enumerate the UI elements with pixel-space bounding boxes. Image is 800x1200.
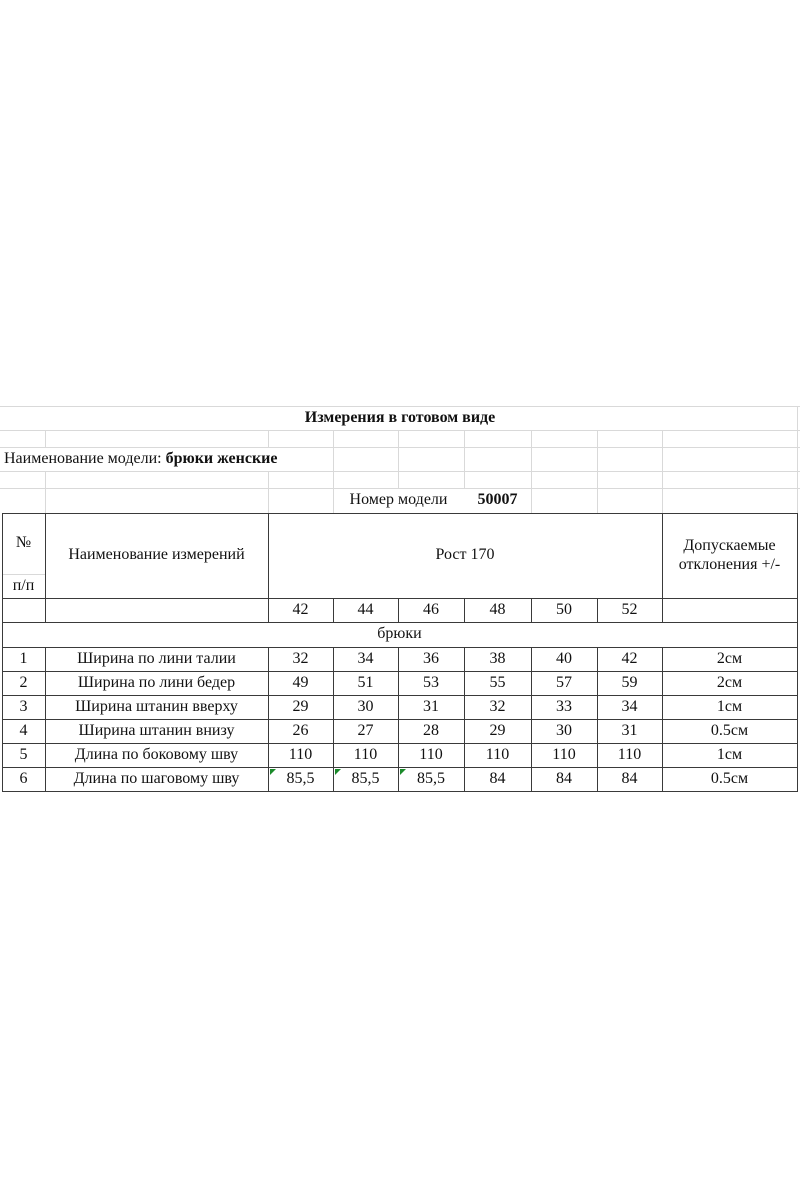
tolerance-value: 0.5см (662, 767, 797, 791)
size-header: 46 (398, 598, 464, 622)
tolerance-value: 1см (662, 743, 797, 767)
error-indicator-icon (335, 769, 341, 775)
measurement-value: 110 (464, 743, 531, 767)
row-number: 4 (2, 719, 45, 743)
measurement-value: 34 (333, 647, 398, 671)
measurement-value: 33 (531, 695, 597, 719)
gridline (531, 430, 532, 513)
measurement-name: Ширина штанин внизу (45, 719, 268, 743)
model-name-label: Наименование модели: (4, 450, 162, 468)
size-header: 42 (268, 598, 333, 622)
measurement-name: Длина по шаговому шву (45, 767, 268, 791)
tolerance-value: 0.5см (662, 719, 797, 743)
measurement-value: 28 (398, 719, 464, 743)
measurement-value: 27 (333, 719, 398, 743)
error-indicator-icon (270, 769, 276, 775)
measurement-value: 30 (333, 695, 398, 719)
gridline (464, 430, 465, 488)
tolerance-value: 2см (662, 671, 797, 695)
measurement-value: 110 (398, 743, 464, 767)
header-number-sub: п/п (2, 574, 45, 598)
measurement-value: 85,5 (333, 767, 398, 791)
measurement-value: 31 (398, 695, 464, 719)
model-name: Наименование модели: брюки женские (0, 447, 404, 471)
gridline (0, 430, 800, 431)
measurement-value: 34 (597, 695, 662, 719)
gridline (268, 430, 269, 447)
model-number-label: Номер модели (333, 488, 464, 513)
model-name-value: брюки женские (166, 450, 278, 468)
row-number: 1 (2, 647, 45, 671)
row-number: 2 (2, 671, 45, 695)
measurement-value: 31 (597, 719, 662, 743)
measurement-name: Ширина по лини бедер (45, 671, 268, 695)
measurement-value: 53 (398, 671, 464, 695)
size-header: 48 (464, 598, 531, 622)
model-number-value: 50007 (464, 488, 531, 513)
measurement-value: 110 (268, 743, 333, 767)
tolerance-value: 2см (662, 647, 797, 671)
measurement-value: 29 (268, 695, 333, 719)
table-border (797, 513, 798, 791)
measurement-value: 55 (464, 671, 531, 695)
measurement-value: 51 (333, 671, 398, 695)
measurement-value: 110 (531, 743, 597, 767)
measurement-value: 84 (464, 767, 531, 791)
row-number: 3 (2, 695, 45, 719)
measurement-value: 38 (464, 647, 531, 671)
measurement-value: 110 (333, 743, 398, 767)
spreadsheet: Измерения в готовом виде Наименование мо… (0, 0, 800, 1200)
row-number: 6 (2, 767, 45, 791)
gridline (0, 471, 800, 472)
measurement-value: 85,5 (398, 767, 464, 791)
measurement-value: 42 (597, 647, 662, 671)
gridline (45, 471, 46, 513)
gridline (597, 430, 598, 513)
measurement-name: Длина по боковому шву (45, 743, 268, 767)
measurement-name: Ширина штанин вверху (45, 695, 268, 719)
size-header: 52 (597, 598, 662, 622)
header-measurement: Наименование измерений (45, 513, 268, 598)
gridline (268, 471, 269, 513)
table-border (2, 791, 798, 792)
measurement-value: 26 (268, 719, 333, 743)
header-number: № (2, 513, 45, 574)
gridline (45, 430, 46, 447)
measurement-value: 40 (531, 647, 597, 671)
gridline (662, 430, 663, 513)
measurement-value: 84 (597, 767, 662, 791)
row-number: 5 (2, 743, 45, 767)
header-tolerance: Допускаемые отклонения +/- (662, 513, 797, 598)
measurement-value: 32 (268, 647, 333, 671)
measurement-value: 49 (268, 671, 333, 695)
header-height: Рост 170 (268, 513, 662, 598)
tolerance-value: 1см (662, 695, 797, 719)
measurement-value: 29 (464, 719, 531, 743)
size-header: 50 (531, 598, 597, 622)
measurement-value: 59 (597, 671, 662, 695)
measurement-name: Ширина по лини талии (45, 647, 268, 671)
measurement-value: 32 (464, 695, 531, 719)
document-title: Измерения в готовом виде (0, 406, 800, 430)
measurement-value: 57 (531, 671, 597, 695)
error-indicator-icon (400, 769, 406, 775)
measurement-value: 110 (597, 743, 662, 767)
measurement-value: 36 (398, 647, 464, 671)
measurement-value: 85,5 (268, 767, 333, 791)
measurement-value: 30 (531, 719, 597, 743)
size-header: 44 (333, 598, 398, 622)
measurement-value: 84 (531, 767, 597, 791)
section-label: брюки (2, 622, 797, 647)
